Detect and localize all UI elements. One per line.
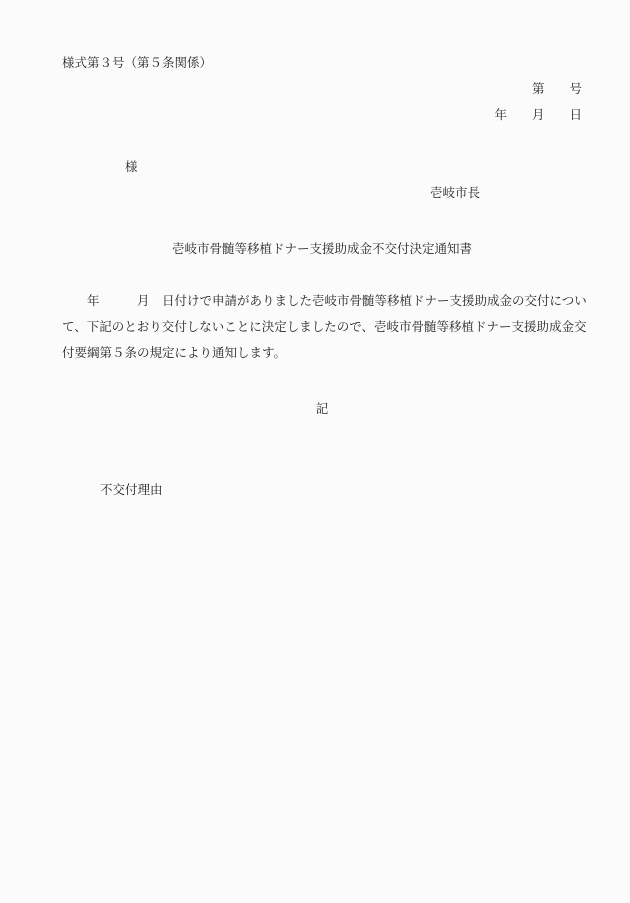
reason-label: 不交付理由 [62, 477, 582, 503]
document-page: 様式第３号（第５条関係） 第 号 年 月 日 様 壱岐市長 壱岐市骨髄等移植ドナ… [0, 0, 630, 903]
date-blank: 年 月 日 [62, 102, 582, 128]
body-line-3: 付要綱第５条の規定により通知します。 [62, 340, 582, 366]
sender-name: 壱岐市長 [62, 180, 582, 206]
document-title: 壱岐市骨髄等移植ドナー支援助成金不交付決定通知書 [62, 236, 582, 262]
document-number-blank: 第 号 [62, 76, 582, 102]
ki-marker: 記 [62, 396, 582, 422]
body-line-2: て、下記のとおり交付しないことに決定しましたので、壱岐市骨髄等移植ドナー支援助成… [62, 314, 582, 340]
body-paragraph: 年 月 日付けで申請がありました壱岐市骨髄等移植ドナー支援助成金の交付につい て… [62, 288, 582, 366]
body-line-1: 年 月 日付けで申請がありました壱岐市骨髄等移植ドナー支援助成金の交付につい [62, 288, 582, 314]
form-number: 様式第３号（第５条関係） [62, 50, 582, 76]
addressee-line: 様 [62, 154, 582, 180]
